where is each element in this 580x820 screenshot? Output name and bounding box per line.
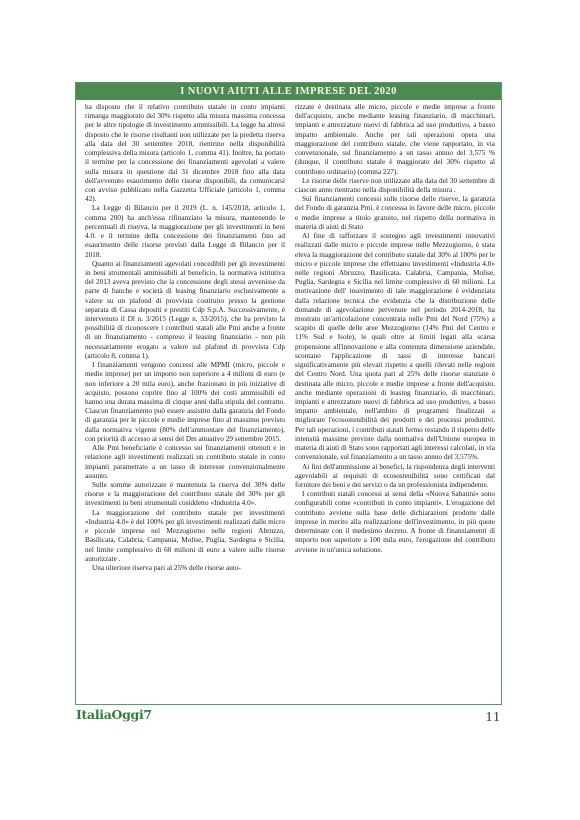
paragraph: I contributi statali concessi ai sensi d… — [295, 490, 495, 555]
paragraph: Ai fini dell'ammissione ai benefici, la … — [295, 463, 495, 491]
publication-logo: ItaliaOggi7 — [76, 707, 152, 722]
article-columns: ha disposto che il relativo contributo s… — [85, 103, 495, 700]
article-box: I NUOVI AIUTI ALLE IMPRESE DEL 2020 ha d… — [75, 82, 502, 705]
paragraph: Al fine di rafforzare il sostegno agli i… — [295, 232, 495, 462]
paragraph: Sulle somme autorizzate è mantenuta la r… — [85, 481, 285, 509]
section-header: I NUOVI AIUTI ALLE IMPRESE DEL 2020 — [76, 83, 501, 100]
paragraph: Una ulteriore riserva pari al 25% delle … — [85, 564, 285, 573]
column-left: ha disposto che il relativo contributo s… — [85, 103, 285, 700]
page-number: 11 — [486, 710, 501, 726]
column-right: rizzate è destinata alle micro, piccole … — [295, 103, 495, 700]
paragraph: Alle Pmi beneficiarie è concesso sui fin… — [85, 444, 285, 481]
paragraph: La Legge di Bilancio per il 2019 (L. n. … — [85, 204, 285, 259]
paragraph: Sui finanziamenti concessi sulle risorse… — [295, 195, 495, 232]
paragraph: rizzate è destinata alle micro, piccole … — [295, 103, 495, 177]
paragraph: ha disposto che il relativo contributo s… — [85, 103, 285, 204]
paragraph: Le risorse delle riserve non utilizzate … — [295, 177, 495, 195]
paragraph: I finanziamenti vengono concessi alle MP… — [85, 361, 285, 444]
paragraph: La maggiorazione del contributo statale … — [85, 509, 285, 564]
paragraph: Quanto ai finanziamenti agevolati conced… — [85, 260, 285, 361]
